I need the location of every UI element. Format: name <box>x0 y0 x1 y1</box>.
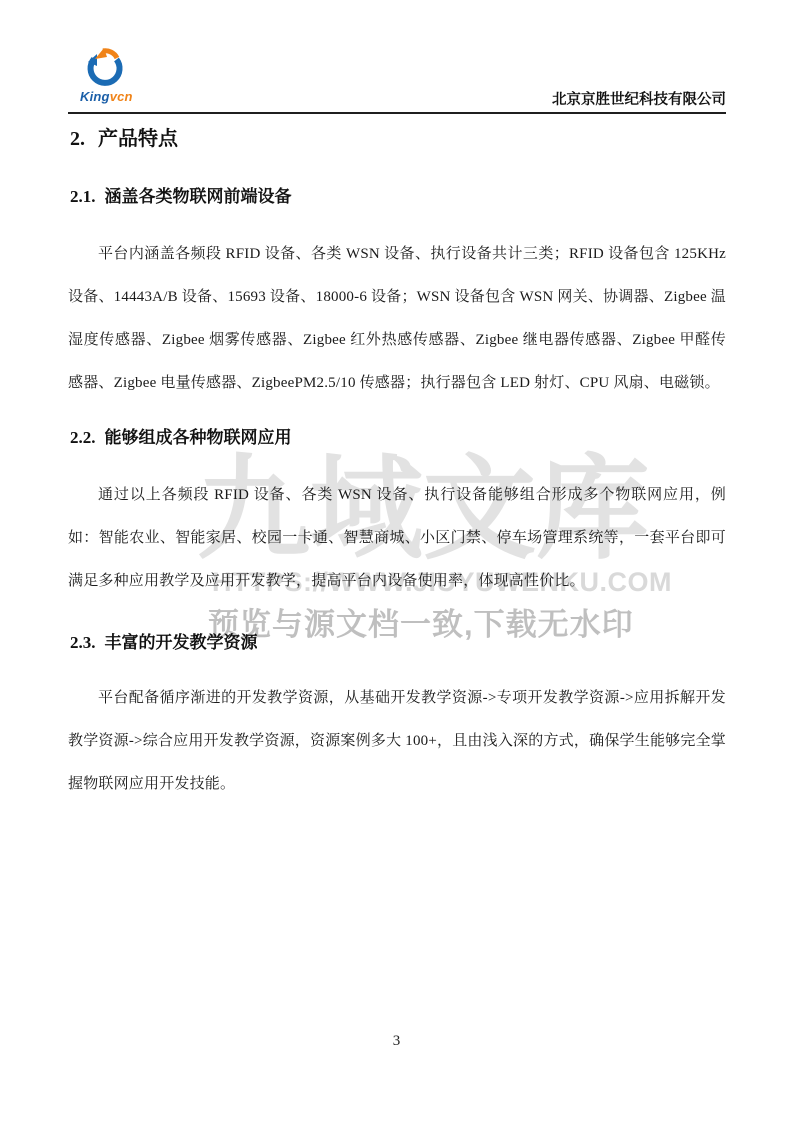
company-name: 北京京胜世纪科技有限公司 <box>552 88 726 109</box>
section-heading: 2.2.能够组成各种物联网应用 <box>70 426 726 450</box>
section-heading-number: 2.2. <box>70 428 96 447</box>
section-heading-text: 能够组成各种物联网应用 <box>105 428 292 447</box>
section-heading-text: 涵盖各类物联网前端设备 <box>105 187 292 206</box>
document-page: Kingvcn 北京京胜世纪科技有限公司 2.产品特点 2.1.涵盖各类物联网前… <box>68 0 726 806</box>
section-heading-text: 丰富的开发教学资源 <box>105 633 258 652</box>
section-devices: 2.1.涵盖各类物联网前端设备 平台内涵盖各频段 RFID 设备、各类 WSN … <box>68 185 726 405</box>
doc-title: 2.产品特点 <box>70 126 726 152</box>
section-resources: 2.3.丰富的开发教学资源 平台配备循序渐进的开发教学资源，从基础开发教学资源-… <box>68 631 726 806</box>
section-heading: 2.1.涵盖各类物联网前端设备 <box>70 185 726 209</box>
section-paragraph: 通过以上各频段 RFID 设备、各类 WSN 设备、执行设备能够组合形成多个物联… <box>68 474 726 603</box>
section-heading-number: 2.3. <box>70 633 96 652</box>
logo-word-orange: vcn <box>110 89 133 104</box>
section-heading-number: 2.1. <box>70 187 96 206</box>
section-paragraph: 平台配备循序渐进的开发教学资源，从基础开发教学资源->专项开发教学资源->应用拆… <box>68 677 726 806</box>
logo-wordmark: Kingvcn <box>80 89 150 104</box>
page-header: Kingvcn 北京京胜世纪科技有限公司 <box>68 45 726 114</box>
doc-title-number: 2. <box>70 128 85 150</box>
section-paragraph: 平台内涵盖各频段 RFID 设备、各类 WSN 设备、执行设备共计三类；RFID… <box>68 233 726 405</box>
logo-word-blue: King <box>80 89 110 104</box>
doc-title-text: 产品特点 <box>98 128 178 150</box>
company-logo: Kingvcn <box>80 45 150 104</box>
page-number: 3 <box>0 1033 793 1050</box>
logo-swirl-icon <box>84 45 128 90</box>
section-applications: 2.2.能够组成各种物联网应用 通过以上各频段 RFID 设备、各类 WSN 设… <box>68 426 726 603</box>
section-heading: 2.3.丰富的开发教学资源 <box>70 631 726 655</box>
